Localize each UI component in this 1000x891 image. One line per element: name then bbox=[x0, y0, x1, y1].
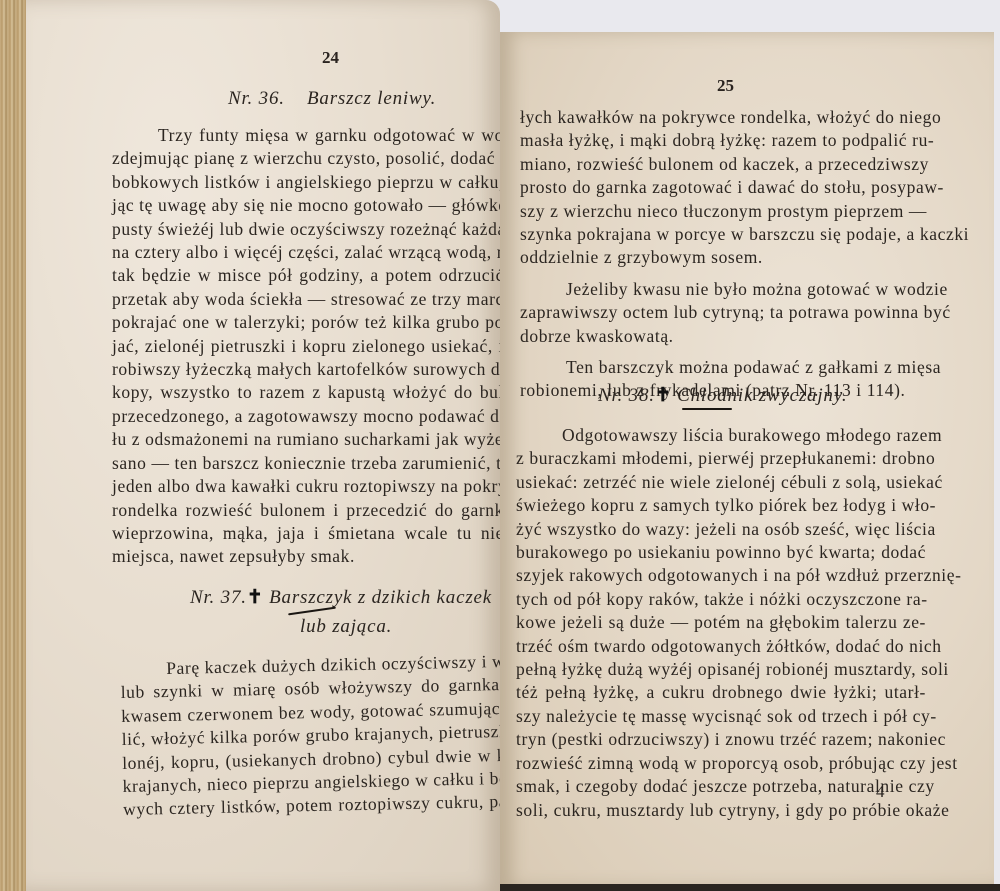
text-line: wieprzowina, mąka, jaja i śmietana wcale… bbox=[112, 522, 504, 545]
text-line: szyjek rakowych odgotowanych i na pół wz… bbox=[516, 564, 926, 587]
text-line: kopy, wszystko to razem z kapustą włożyć… bbox=[112, 381, 504, 404]
text-line: Trzy funty mięsa w garnku odgotować w wo bbox=[112, 124, 504, 147]
pen-underline-mark bbox=[682, 408, 732, 410]
text-line: robiwszy łyżeczką małych kartofelków sur… bbox=[112, 358, 504, 381]
recipe-37-title-line1: Barszczyk z dzikich kaczek bbox=[269, 587, 492, 608]
text-line: miejsca, nawet zepsułyby smak. bbox=[112, 545, 504, 568]
text-line: téż pełną łyżkę, a cukru drobnego dwie ł… bbox=[516, 681, 926, 704]
recipe-37-number: Nr. 37. bbox=[190, 587, 247, 608]
text-line: zaprawiwszy octem lub cytryną; ta potraw… bbox=[520, 301, 926, 324]
book-page-edges bbox=[0, 0, 28, 891]
text-line: z buraczkami młodemi, pierwéj przepłukan… bbox=[516, 447, 926, 470]
text-line: jeden albo dwa kawałki cukru roztopiwszy… bbox=[112, 475, 504, 498]
text-line: pełną łyżkę dużą wyżéj opisanéj robionéj… bbox=[516, 658, 926, 681]
text-line: przecedzonego, a zagotowawszy mocno poda… bbox=[112, 405, 504, 428]
text-line: szy należycie tę massę wycisnąć sok od t… bbox=[516, 705, 926, 728]
text-line: łych kawałków na pokrywce rondelka, włoż… bbox=[520, 106, 926, 129]
recipe-36-heading: Nr. 36. Barszcz leniwy. bbox=[228, 88, 436, 110]
recipe-37-heading: Nr. 37.✝ Barszczyk z dzikich kaczek bbox=[190, 586, 492, 609]
text-line: żyć wszystko do wazy: jeżeli na osób sze… bbox=[516, 518, 926, 541]
text-line: świeżego kopru z samych tylko piórek bez… bbox=[516, 494, 926, 517]
text-line: Odgotowawszy liścia burakowego młodego r… bbox=[516, 424, 926, 447]
text-line: jać, zielonéj pietruszki i kopru zielone… bbox=[112, 335, 504, 358]
text-line: masła łyżkę, i mąki dobrą łyżkę: razem t… bbox=[520, 129, 926, 152]
text-line: zdejmując pianę z wierzchu czysto, posol… bbox=[112, 147, 504, 170]
text-line: szy z wierzchu nieco tłuczonym prostym p… bbox=[520, 200, 926, 223]
text-line: burakowego po usiekaniu powinno być kwar… bbox=[516, 541, 926, 564]
book-cover-edge bbox=[500, 884, 1000, 891]
text-line: szynka pokrajana w porcye w barszczu się… bbox=[520, 223, 926, 246]
text-line: usiekać: zetrzéć nie wiele zielonéj cébu… bbox=[516, 471, 926, 494]
text-line: trzéć ośm twardo odgotowanych żółtków, d… bbox=[516, 635, 926, 658]
recipe-37-continuation: łych kawałków na pokrywce rondelka, włoż… bbox=[520, 106, 926, 403]
recipe-36-number: Nr. 36. bbox=[228, 88, 285, 109]
text-line: tak będzie w misce pół godziny, a potem … bbox=[112, 264, 504, 287]
signature-mark: 4 bbox=[876, 782, 885, 802]
text-line: łu z odsmażonemi na rumiano sucharkami j… bbox=[112, 428, 504, 451]
page-number-left: 24 bbox=[322, 48, 339, 68]
text-line: sano — ten barszcz koniecznie trzeba zar… bbox=[112, 452, 504, 475]
text-line: miano, rozwieść bulonem od kaczek, a prz… bbox=[520, 153, 926, 176]
pen-cross-mark-icon: ✝ bbox=[655, 385, 672, 406]
recipe-38-heading: Nr. 38.✝ Chłodnik zwyczajny. bbox=[598, 384, 847, 407]
text-line: prosto do garnka zagotować i dawać do st… bbox=[520, 176, 926, 199]
text-line: oddzielnie z grzybowym sosem. bbox=[520, 246, 926, 269]
text-line: smak, i czegoby dodać jeszcze potrzeba, … bbox=[516, 775, 926, 798]
text-line: jąc tę uwagę aby się nie mocno gotowało … bbox=[112, 194, 504, 217]
text-line: tych od pół kopy raków, także i nóżki oc… bbox=[516, 588, 926, 611]
text-line: bobkowych listków i angielskiego pieprzu… bbox=[112, 171, 504, 194]
text-line: rondelka rozwieść bulonem i przecedzić d… bbox=[112, 499, 504, 522]
text-line: Ten barszczyk można podawać z gałkami z … bbox=[520, 356, 926, 379]
text-line: kowe jeżeli są duże — potém na głębokim … bbox=[516, 611, 926, 634]
text-line: na cztery albo i więcéj części, zalać wr… bbox=[112, 241, 504, 264]
recipe-38-number: Nr. 38. bbox=[598, 385, 655, 406]
text-line: dobrze kwaskowatą. bbox=[520, 325, 926, 348]
text-line: pusty świeżéj lub dwie oczyściwszy rozeż… bbox=[112, 218, 504, 241]
recipe-37-body: Parę kaczek dużych dzikich oczyściwszy i… bbox=[120, 650, 507, 822]
recipe-38-title: Chłodnik zwyczajny. bbox=[677, 385, 847, 406]
text-line: Jeżeliby kwasu nie było można gotować w … bbox=[520, 278, 926, 301]
text-line: tryn (pestki odrzuciwszy) i znowu trzéć … bbox=[516, 728, 926, 751]
text-line: rozwieść zimną wodą w proporcyą osob, pr… bbox=[516, 752, 926, 775]
text-line: pokrajać one w talerzyki; porów też kilk… bbox=[112, 311, 504, 334]
page-number-right: 25 bbox=[717, 76, 734, 96]
recipe-36-body: Trzy funty mięsa w garnku odgotować w wo… bbox=[112, 124, 504, 569]
text-line: przetak aby woda ściekła — stresować ze … bbox=[112, 288, 504, 311]
text-line: soli, cukru, musztardy lub cytryny, i gd… bbox=[516, 799, 926, 822]
pen-cross-mark-icon: ✝ bbox=[247, 587, 264, 608]
recipe-38-body: Odgotowawszy liścia burakowego młodego r… bbox=[516, 424, 926, 822]
recipe-36-title: Barszcz leniwy. bbox=[307, 88, 436, 109]
recipe-37-title-line2: lub zająca. bbox=[300, 616, 392, 638]
